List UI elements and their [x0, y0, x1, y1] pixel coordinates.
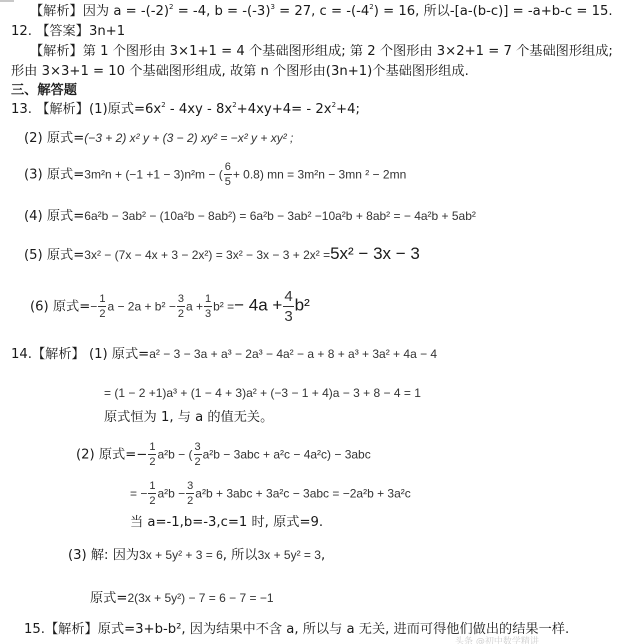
- math-expression: 2(3x + 5y²) − 7 = 6 − 7 = −1: [127, 591, 273, 605]
- fraction: 32: [177, 292, 185, 321]
- math-expression: a² − 3 − 3a + a³ − 2a³ − 4a² − a + 8 + a…: [149, 347, 437, 361]
- watermark: 头条 @初中数学精讲: [455, 634, 539, 644]
- q13-part2: (2) 原式=(−3 + 2) x² y + (3 − 2) xy² = −x²…: [24, 129, 293, 148]
- q13-part5: (5) 原式=3x² − (7x − 4x + 3 − 2x²) = 3x² −…: [24, 245, 420, 265]
- part-prefix: (5) 原式=: [24, 248, 84, 263]
- math-expression: a²b −: [157, 487, 185, 501]
- answer-value: 3n+1: [89, 24, 125, 39]
- answer-label: 【答案】: [36, 24, 89, 39]
- part-prefix: (4) 原式=: [24, 209, 84, 224]
- math-expression: (−3 + 2) x² y + (3 − 2) xy² = −x² y + xy…: [84, 131, 293, 145]
- math-expression: = (1 − 2 +1)a³ + (1 − 4 + 3)a² + (−3 − 1…: [104, 386, 421, 400]
- denominator: 3: [283, 307, 293, 326]
- part-prefix: (2) 原式=: [24, 131, 84, 146]
- fraction: 12: [98, 292, 106, 321]
- expr: - 4xy - 8x: [166, 102, 232, 117]
- section-title: 三、解答题: [11, 82, 77, 100]
- q11-text: = 27, c = -(-4: [275, 4, 369, 19]
- fraction: 13: [204, 292, 212, 321]
- math-expression: a²b − (: [157, 448, 192, 462]
- q14-part1-line2: = (1 − 2 +1)a³ + (1 − 4 + 3)a² + (−3 − 1…: [104, 384, 421, 403]
- denominator: 2: [98, 307, 106, 321]
- denominator: 3: [204, 307, 212, 321]
- result: − 4a +: [234, 296, 282, 315]
- q12-analysis-line1: 【解析】第 1 个图形由 3×1+1 = 4 个基础图形组成; 第 2 个图形由…: [30, 43, 617, 61]
- math-expression: a²b + 3abc + 3a²c − 3abc = −2a²b + 3a²c: [195, 487, 410, 501]
- expr: +4;: [336, 102, 360, 117]
- numerator: 3: [177, 292, 185, 307]
- q11-analysis: 【解析】因为 a = -(-2)2 = -4, b = -(-3)3 = 27,…: [30, 3, 613, 21]
- q13-part6: (6) 原式=−12a − 2a + b² −32a +13b² =− 4a +…: [30, 287, 310, 326]
- part-prefix: (2) 原式=−: [76, 448, 147, 463]
- numerator: 3: [186, 479, 194, 494]
- fraction: 32: [186, 479, 194, 508]
- numerator: 1: [98, 292, 106, 307]
- math-expression: + 0.8) mn = 3m²n − 3mn ² − 2mn: [233, 168, 406, 182]
- denominator: 2: [148, 494, 156, 508]
- q14-part3-line2: 原式=2(3x + 5y²) − 7 = 6 − 7 = −1: [90, 589, 274, 608]
- fraction: 12: [148, 479, 156, 508]
- part-prefix: (6) 原式=: [30, 300, 90, 315]
- denominator: 2: [194, 455, 202, 469]
- question-number: 13.: [11, 102, 32, 117]
- part-prefix: (1) 原式=: [89, 347, 149, 362]
- fraction: 12: [148, 440, 156, 469]
- denominator: 5: [224, 175, 232, 189]
- top-divider: [0, 0, 14, 2]
- q11-text: ) = 16, 所以-[a-(b-c)] = -a+b-c = 15.: [374, 4, 613, 19]
- q14-part1-line1: 14.【解析】 (1) 原式=a² − 3 − 3a + a³ − 2a³ − …: [11, 345, 437, 364]
- math-expression: 3x + 5y² = 3: [258, 548, 321, 562]
- punctuation: ,: [321, 548, 325, 563]
- part-prefix: (3) 原式=: [24, 168, 84, 183]
- analysis-label: 【解析】: [36, 102, 89, 117]
- q11-text: 因为 a = -(-2): [83, 4, 169, 19]
- q13-part4: (4) 原式=6a²b − 3ab² − (10a²b − 8ab²) = 6a…: [24, 207, 476, 226]
- question-number: 14.: [11, 347, 32, 362]
- fraction: 65: [224, 160, 232, 189]
- q13-part3: (3) 原式=3m²n + (−1 +1 − 3)n²m − (65+ 0.8)…: [24, 160, 406, 189]
- numerator: 1: [148, 440, 156, 455]
- math-expression: a +: [186, 300, 203, 314]
- q14-part2-conclusion: 当 a=-1,b=-3,c=1 时, 原式=9.: [130, 514, 323, 532]
- q13-part1: 13. 【解析】(1)原式=6x2 - 4xy - 8x2+4xy+4= - 2…: [11, 101, 360, 119]
- math-expression: a − 2a + b² −: [107, 300, 175, 314]
- part-prefix: (3) 解: 因为: [68, 548, 139, 563]
- math-expression: 3x² − (7x − 4x + 3 − 2x²) = 3x² − 3x − 3…: [84, 248, 330, 262]
- numerator: 1: [148, 479, 156, 494]
- result: b²: [295, 296, 310, 315]
- part-prefix: 原式=: [90, 591, 127, 606]
- expr: (1)原式=6x: [89, 102, 161, 117]
- q12-answer: 12. 【答案】3n+1: [11, 23, 125, 41]
- numerator: 4: [283, 287, 293, 307]
- q14-part3-line1: (3) 解: 因为3x + 5y² + 3 = 6, 所以3x + 5y² = …: [68, 546, 325, 565]
- math-expression: b² =: [213, 300, 234, 314]
- analysis-label: 【解析】: [30, 44, 83, 59]
- analysis-label: 【解析】: [32, 347, 85, 362]
- q12-analysis-line2: 形由 3×3+1 = 10 个基础图形组成, 故第 n 个图形由(3n+1)个基…: [11, 63, 469, 81]
- conclusion-text: 当 a=-1,b=-3,c=1 时, 原式=9.: [130, 515, 323, 530]
- conclusion-text: 原式恒为 1, 与 a 的值无关。: [104, 410, 273, 425]
- math-expression: a²b − 3abc + a²c − 4a²c) − 3abc: [203, 448, 371, 462]
- math-expression: = −: [130, 487, 147, 501]
- analysis-text: 形由 3×3+1 = 10 个基础图形组成, 故第 n 个图形由(3n+1)个基…: [11, 64, 469, 79]
- analysis-label: 【解析】: [45, 622, 98, 637]
- denominator: 2: [186, 494, 194, 508]
- q14-part2-line2: = −12a²b −32a²b + 3abc + 3a²c − 3abc = −…: [130, 479, 411, 508]
- numerator: 3: [194, 440, 202, 455]
- analysis-label: 【解析】: [30, 4, 83, 19]
- fraction: 43: [283, 287, 293, 326]
- q11-text: = -4, b = -(-3): [174, 4, 271, 19]
- fraction: 32: [194, 440, 202, 469]
- analysis-text: 第 1 个图形由 3×1+1 = 4 个基础图形组成; 第 2 个图形由 3×2…: [83, 44, 617, 59]
- math-expression: 3m²n + (−1 +1 − 3)n²m − (: [84, 168, 222, 182]
- result: 5x² − 3x − 3: [330, 244, 420, 263]
- numerator: 1: [204, 292, 212, 307]
- numerator: 6: [224, 160, 232, 175]
- q14-part2-line1: (2) 原式=−12a²b − (32a²b − 3abc + a²c − 4a…: [76, 440, 371, 469]
- math-expression: 3x + 5y² + 3 = 6: [139, 548, 223, 562]
- connector-text: , 所以: [223, 548, 258, 563]
- question-number: 15.: [24, 622, 45, 637]
- expr: +4xy+4= - 2x: [237, 102, 332, 117]
- math-expression: 6a²b − 3ab² − (10a²b − 8ab²) = 6a²b − 3a…: [84, 209, 476, 223]
- denominator: 2: [177, 307, 185, 321]
- question-number: 12.: [11, 24, 32, 39]
- denominator: 2: [148, 455, 156, 469]
- q14-part1-conclusion: 原式恒为 1, 与 a 的值无关。: [104, 409, 273, 427]
